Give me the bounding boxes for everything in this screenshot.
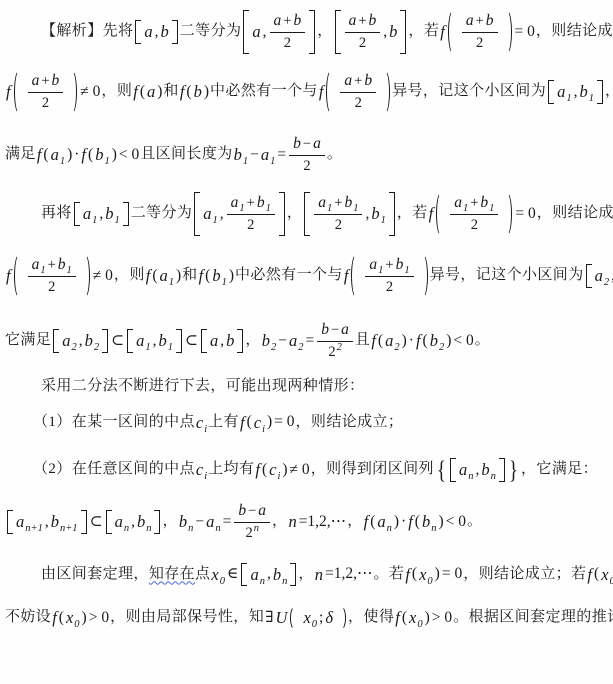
math-variable: n [315,564,323,585]
open-paren [448,10,458,54]
close-bracket [279,192,285,236]
bracket-group: a1,b1 [127,329,182,352]
math-upright: , [45,512,49,532]
math-variable: n [288,511,296,532]
math-variable: b1 [396,255,410,275]
math-upright: + [247,194,255,213]
fraction-denominator: 2 [289,156,325,176]
subscript: i [262,424,265,435]
chinese-text: 。 [475,330,490,352]
bracket-group: an,bn [450,458,505,481]
subscript: 1 [404,265,409,276]
paren-group: a1+b12 [351,254,427,298]
subscript: 1 [169,277,174,288]
chinese-text: 不妨设 [5,607,51,629]
chinese-text: ，则 [114,265,145,287]
math-upright: ⊂ [111,331,124,351]
math-variable: a [252,21,260,42]
math-upright: ( [594,564,599,584]
math-variable: a [466,11,474,31]
math-upright: = [305,331,314,351]
close-paren [418,254,428,298]
group-content: an,bn [457,458,498,481]
chinese-text: ，则结论成立；若 [536,21,613,43]
math-variable: f [146,265,151,286]
math-variable: b [226,330,234,351]
group-content: a1+b12 [25,254,79,298]
math-upright: ( [59,608,64,628]
chinese-text: 它满足 [5,330,51,352]
paren-group: a1+b12 [14,254,90,298]
subscript: 1 [589,93,594,104]
math-variable: b1 [58,255,72,275]
open-paren [14,70,24,114]
math-upright: ∈ [227,564,238,584]
open-bracket [194,192,200,236]
subscript: n [124,523,129,534]
math-upright: ≠ 0 [80,82,100,102]
open-brace: { [436,457,447,483]
math-variable: x0 [419,564,433,585]
math-variable: f [6,81,11,102]
chinese-text: 。若 [374,564,405,586]
chinese-text-squiggle: 知存在 [149,564,195,586]
math-upright: · [401,512,406,532]
open-bracket [127,329,133,352]
open-bracket [241,563,247,586]
subscript: n [468,471,473,482]
fraction: a+b2 [462,11,498,53]
chinese-text: 。 [467,511,482,533]
math-variable: ci [254,412,265,433]
fraction: b−a2 [289,134,325,176]
math-variable: a2 [385,330,400,351]
subscript: 2 [604,277,609,288]
fraction: b−a22 [317,320,353,362]
chinese-text: ， [245,330,260,352]
text-line-2: fa+b2≠ 0，则f(a)和f(b)中必然有一个与fa+b2异号，记这个小区间… [5,70,608,114]
subscript: 0 [74,619,79,630]
close-paren [336,606,346,629]
math-upright: ) [204,82,209,102]
math-upright: , [365,204,369,224]
close-bracket [154,510,160,533]
group-content: an,bn [248,563,289,586]
text-line-9: （2）在任意区间的中点ci上均有f(ci)≠ 0，则得到闭区间列{an,bn}，… [5,457,608,482]
close-bracket [389,192,395,236]
subscript: 1 [67,265,72,276]
math-variable: a [258,501,266,521]
math-upright: + [283,12,291,31]
math-variable: f [344,265,349,286]
brace-group: {an,bn} [436,457,519,482]
subscript: 1 [353,203,358,214]
subscript: i [204,471,207,482]
open-bracket [201,329,207,352]
superscript: 2 [337,342,342,353]
math-upright: ( [88,145,93,165]
math-upright: 2 [48,278,55,297]
math-upright: − [331,321,339,340]
chinese-text: ， [272,511,287,533]
math-variable: b1 [234,144,249,165]
paren-group: a+b2 [326,70,390,114]
text-line-5: fa1+b12≠ 0，则f(a1)和f(b1)中必然有一个与fa1+b12异号，… [5,254,608,298]
math-upright: + [354,72,362,91]
bracket-group: a,a+b2 [243,10,315,54]
math-upright: 22 [328,343,342,362]
math-upright: , [220,204,224,224]
math-upright: ) [402,331,407,351]
chinese-text: 【解析】先将 [41,21,133,43]
subscript: 1 [243,156,248,167]
math-upright: , [574,82,578,102]
math-variable: b2 [262,330,277,351]
close-bracket [172,20,178,43]
math-variable: a1 [261,144,276,165]
close-brace: } [508,457,519,483]
bracket-group: a,b [201,329,243,352]
math-upright: 2 [476,34,483,53]
math-variable: f [37,144,42,165]
fraction: a1+b12 [227,193,275,235]
close-paren [67,70,77,114]
math-variable: a2 [595,265,610,286]
fraction-numerator: a1+b1 [450,193,498,215]
math-upright: 2 [355,94,362,113]
math-variable: bn [422,511,437,532]
math-upright: < 0 [446,512,466,532]
math-upright: = 0 [442,564,462,584]
group-content: an,bn [447,457,508,482]
math-variable: b [369,11,377,31]
math-upright: − [303,135,311,154]
math-upright: − [195,512,204,532]
subscript: 2 [394,342,399,353]
math-variable: a [32,71,40,91]
fraction-denominator: 2 [462,33,498,53]
open-paren [436,192,446,236]
fraction: a1+b12 [365,255,413,297]
close-paren [380,70,390,114]
fraction: b−a2n [234,501,270,543]
close-bracket [309,10,315,54]
chinese-text: 二等分为 [180,21,242,43]
math-variable: b1 [212,265,227,286]
chinese-text: 中必然有一个与 [210,81,318,103]
subscript: 1 [239,203,244,214]
math-upright: ( [402,608,407,628]
fraction-denominator: 2 [340,93,376,113]
math-variable: f [319,81,324,102]
text-line-10: an+1,bn+1⊂an,bn，bn−an=b−a2n，n=1,2,⋯，f(an… [5,501,608,543]
fraction-denominator: 2n [234,523,270,543]
chinese-text: （2）在任意区间的中点 [33,459,195,481]
fraction-denominator: 22 [317,342,353,362]
fraction-denominator: 2 [314,215,362,235]
open-paren [290,606,300,629]
math-variable: a1 [83,203,98,224]
math-variable: a [210,330,218,351]
group-content: a1+b12 [447,192,501,236]
subscript: 1 [213,215,218,226]
bracket-group: a,b [135,20,177,43]
chinese-text: 点 [195,564,210,586]
open-bracket [74,202,80,225]
math-variable: b [194,81,202,102]
close-bracket [123,202,129,225]
math-upright: = 0 [515,204,535,224]
solution-text: 【解析】先将a,b二等分为a,a+b2，a+b2,b，若fa+b2= 0，则结论… [5,10,608,630]
subscript: 1 [104,156,109,167]
chinese-text: ，则结论成立； [296,412,404,434]
text-line-7: 采用二分法不断进行下去，可能出现两种情形： [5,376,608,398]
open-bracket [586,264,592,287]
math-upright: ) [425,608,430,628]
math-upright: ) [438,512,443,532]
math-upright: < 0 [119,145,139,165]
subscript: 0 [427,576,432,587]
chinese-text: ， [317,21,332,43]
subscript: 1 [40,265,45,276]
math-variable: x0 [303,607,317,628]
math-upright: ( [378,331,383,351]
math-variable: bn [273,564,288,585]
chinese-text: 。 [327,144,342,166]
fraction-denominator: 2 [365,277,413,297]
math-variable: f [587,564,592,585]
subscript: 1 [145,342,150,353]
open-bracket [135,20,141,43]
math-upright: + [358,12,366,31]
math-upright: , [383,22,387,42]
math-variable: bn [137,511,152,532]
fraction-denominator: 2 [270,33,306,53]
math-variable: b [389,21,397,42]
chinese-text: ，它 [605,81,613,103]
bracket-group: a1,b1 [548,80,603,103]
subscript: 1 [378,265,383,276]
open-bracket [304,192,310,236]
subscript: 0 [312,619,317,630]
fraction-denominator: 2 [345,33,381,53]
subscript: 1 [114,215,119,226]
math-variable: b [52,71,60,91]
math-variable: b [293,11,301,31]
math-upright: ( [140,82,145,102]
chinese-text: ， [287,203,302,225]
chinese-text: 和 [163,81,178,103]
group-content: a1,b1 [134,329,175,352]
subscript: 1 [489,203,494,214]
math-upright: ≠ 0 [290,460,310,480]
math-variable: a [147,81,155,102]
subscript: 1 [566,93,571,104]
math-upright: ) [176,266,181,286]
chinese-text: ，则结论成立；若 [537,203,613,225]
fraction-numerator: a1+b1 [314,193,362,215]
subscript: 1 [92,215,97,226]
text-line-8: （1）在某一区间的中点ci上有f(ci)= 0，则结论成立； [5,412,608,434]
text-line-11: 由区间套定理，知存在点x0∈an,bn，n=1,2,⋯。若f(x0)= 0，则结… [5,563,608,586]
math-variable: f [6,265,11,286]
chinese-text: 和 [182,265,197,287]
math-variable: a1 [318,193,332,213]
open-paren [14,254,24,298]
subscript: 0 [610,576,613,587]
chinese-text: ，则结论成立；若 [463,564,586,586]
math-upright: − [278,331,287,351]
math-variable: a2 [289,330,304,351]
math-variable: f [364,511,369,532]
bracket-group: a+b2,b [335,10,407,54]
group-content: a1+b12 [362,254,416,298]
math-upright: · [409,331,414,351]
subscript: n+1 [25,523,43,534]
math-variable: a2 [62,330,77,351]
group-content: an,bn [113,510,154,533]
math-variable: b [293,134,301,154]
math-variable: b1 [158,330,173,351]
math-upright: 2 [303,157,310,176]
math-upright: 2 [386,278,393,297]
group-content: a2,b2 [593,264,613,287]
math-variable: f [199,265,204,286]
chinese-text: ， [162,511,177,533]
math-variable: x0 [601,564,613,585]
math-upright: ( [152,266,157,286]
group-content: a+b2 [25,70,67,114]
chinese-text: 异号，记这个小区间为 [430,265,584,287]
math-upright: 2 [359,34,366,53]
math-variable: a [144,21,152,42]
math-upright: ) [157,82,162,102]
math-variable: f [429,203,434,224]
bracket-group: a2,b2 [586,264,613,287]
math-variable: U [276,607,288,628]
fraction: a+b2 [345,11,381,53]
group-content: x0;δ [301,606,335,629]
math-upright: , [263,22,267,42]
subscript: 2 [271,342,276,353]
math-variable: b [161,21,169,42]
math-variable: f [408,511,413,532]
bracket-group: an+1,bn+1 [7,510,87,533]
math-variable: b1 [480,193,494,213]
subscript: n [215,523,220,534]
math-upright: ) [267,412,272,432]
math-variable: a1 [32,255,46,275]
subscript: n [491,471,496,482]
math-variable: b [321,320,329,340]
subscript: n+1 [60,523,78,534]
math-variable: an [206,511,221,532]
math-upright: · [74,145,79,165]
math-upright: ∃ [265,608,273,628]
text-line-12: 不妨设f(x0)> 0，则由局部保号性，知∃Ux0;δ，使得f(x0)> 0。根… [5,606,608,629]
math-variable: b1 [344,193,358,213]
group-content: a1,b1 [81,202,122,225]
math-upright: , [99,204,103,224]
close-paren [502,192,512,236]
math-upright: ( [43,145,48,165]
open-bracket [548,80,554,103]
fraction-numerator: b−a [317,320,353,342]
math-upright: ( [412,564,417,584]
close-paren [502,10,512,54]
subscript: 2 [94,342,99,353]
math-upright: = [223,512,232,532]
fraction: a+b2 [270,11,306,53]
math-upright: ) [435,564,440,584]
chinese-text: 且区间长度为 [140,144,232,166]
subscript: 1 [60,156,65,167]
math-upright: ) [446,331,451,351]
math-upright: = 0 [515,22,535,42]
chinese-text: 上有 [208,412,239,434]
bracket-group: a2,b2 [53,329,108,352]
fraction: a1+b12 [28,255,76,297]
fraction: a+b2 [28,71,64,113]
math-variable: b2 [430,330,445,351]
math-upright: ( [262,460,267,480]
math-variable: b1 [257,193,271,213]
math-upright: 2 [284,34,291,53]
math-variable: f [416,330,421,351]
open-paren [351,254,361,298]
group-content: a1,a1+b12 [201,192,278,236]
text-line-6: 它满足a2,b2⊂a1,b1⊂a,b，b2−a2=b−a22且f(a2)·f(b… [5,320,608,362]
subscript: n [431,523,436,534]
math-upright: ( [370,512,375,532]
math-upright: < 0 [453,331,473,351]
superscript: n [254,523,259,534]
math-upright: + [334,194,342,213]
fraction: a+b2 [340,71,376,113]
math-variable: b1 [95,144,110,165]
fraction-numerator: a+b [340,71,376,93]
close-bracket [290,563,296,586]
math-variable: a [341,320,349,340]
math-upright: − [250,145,259,165]
math-variable: f [133,81,138,102]
fraction-numerator: a+b [462,11,498,33]
subscript: 1 [381,215,386,226]
bracket-group: an,bn [241,563,296,586]
document-page: 【解析】先将a,b二等分为a,a+b2，a+b2,b，若fa+b2= 0，则结论… [0,0,613,684]
subscript: 1 [463,203,468,214]
math-variable: b1 [371,203,386,224]
math-upright: − [248,502,256,521]
bracket-group: an,bn [106,510,161,533]
chinese-text: 且 [355,330,370,352]
fraction-denominator: 2 [28,93,64,113]
text-line-1: 【解析】先将a,b二等分为a,a+b2，a+b2,b，若fa+b2= 0，则结论… [5,10,608,54]
close-paren [80,254,90,298]
math-variable: a1 [160,265,175,286]
math-variable: ci [196,459,207,480]
close-bracket [102,329,108,352]
math-variable: a [313,134,321,154]
math-upright: =1,2,⋯ [299,512,347,532]
subscript: 1 [266,203,271,214]
paren-group: a1+b12 [436,192,512,236]
subscript: 1 [168,342,173,353]
chinese-text: ， [347,511,362,533]
chinese-text: 异号，记这个小区间为 [392,81,546,103]
math-upright: = [277,145,286,165]
math-variable: a1 [557,81,572,102]
